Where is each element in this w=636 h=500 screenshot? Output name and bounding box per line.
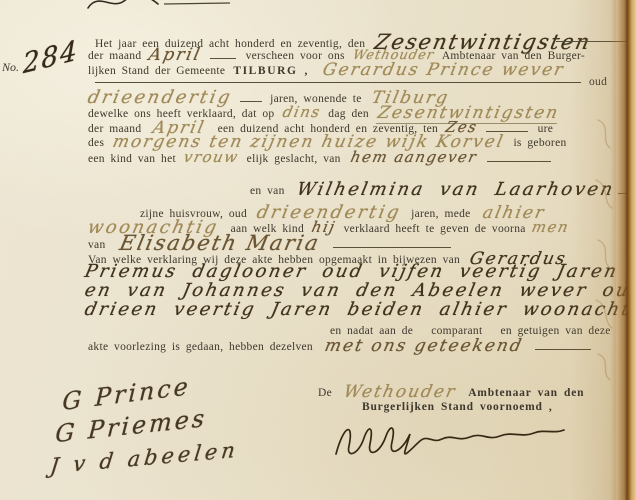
act-line-19: akte voorlezing is gedaan, hebben dezelv… — [88, 335, 591, 355]
printed-text: Burgerlijken Stand voornoemd , — [362, 401, 553, 413]
handwritten-signing-note: met ons geteekend — [323, 336, 525, 356]
blank-underline — [487, 161, 551, 162]
witness-signature-3: J v d abeelen — [50, 446, 239, 470]
printed-text: akte voorlezing is gedaan, hebben dezelv… — [88, 341, 313, 353]
printed-text: elijk geslacht, van — [247, 153, 341, 165]
page-edge — [610, 0, 636, 500]
act-line-17: drieen veertig Jaren beiden alhier woona… — [85, 299, 636, 320]
act-line-9: een kind van het vrouw elijk geslacht, v… — [88, 148, 551, 167]
act-number-block: No. — [2, 58, 19, 76]
printed-text: en van — [250, 185, 285, 197]
handwritten-suffix: men — [530, 218, 571, 236]
handwritten-witness-details: en van Johannes van den Abeelen wever ou… — [83, 280, 636, 301]
handwritten-declarant-name: Gerardus Prince wever — [321, 60, 567, 80]
act-line-16: en van Johannes van den Abeelen wever ou… — [85, 280, 636, 301]
printed-text: een kind van het — [88, 153, 176, 165]
handwritten-witness-details: Priemus daglooner oud vijfen veertig Jar… — [83, 261, 621, 282]
no-label: No. — [2, 60, 19, 74]
witness-signature-2: G Priemes — [55, 412, 208, 440]
witness-signature-1: G Prince — [62, 380, 191, 408]
act-line-3: lijken Stand der Gemeente TILBURG , Gera… — [88, 59, 564, 79]
printed-text: lijken Stand der Gemeente — [88, 65, 225, 77]
blank-underline — [95, 82, 581, 83]
printed-municipality: TILBURG , — [233, 65, 309, 77]
handwritten-mother-name: Wilhelmina van Laarhoven — [294, 179, 616, 200]
handwritten-parent-ref: hem aangever — [349, 148, 479, 166]
act-number: 284 — [22, 42, 80, 73]
official-signature — [330, 418, 570, 464]
closing-line-2: Burgerlijken Stand voornoemd , — [362, 397, 553, 415]
handwritten-witness-details: drieen veertig Jaren beiden alhier woona… — [83, 299, 636, 320]
cut-off-handwriting — [84, 0, 234, 10]
act-line-15: Priemus daglooner oud vijfen veertig Jar… — [85, 261, 618, 282]
birth-certificate-scan: No. 284 Het jaar een duizend acht honder… — [0, 0, 636, 500]
handwritten-gender: vrouw — [182, 148, 241, 166]
printed-text: De — [318, 387, 332, 399]
